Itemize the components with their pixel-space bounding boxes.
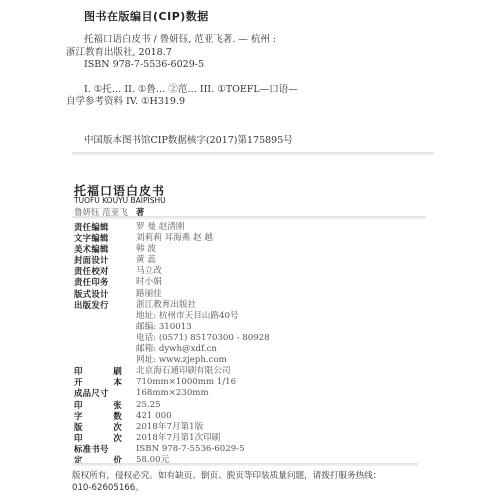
credit-value: 路丽佳 (136, 289, 162, 300)
credit-value: 时小娟 (136, 277, 162, 288)
cip-block: 托福口语白皮书 / 鲁妍钰, 范亚飞著. — 杭州 : 浙江教育出版社, 201… (66, 34, 446, 109)
credit-value: 马立改 (136, 266, 162, 277)
copyright-line: 版权所有，侵权必究。如有缺页、倒页、脱页等印装质量问题，请拨打服务热线： (72, 470, 381, 482)
credit-label: 责任校对 (74, 266, 122, 277)
credit-row: 责任印务时小娟 (74, 277, 270, 288)
divider (72, 463, 418, 466)
spec-row-sheets: 印张25.25 (74, 400, 270, 411)
publisher-email: 邮箱: dywh@xdf.cn (74, 344, 270, 355)
credit-row: 封面设计黄 蕊 (74, 255, 270, 266)
spec-row-wordcount: 字数421 000 (74, 411, 270, 422)
book-pinyin: TUOFU KOUYU BAIPISHU (74, 196, 166, 205)
spec-row-printing: 印次2018年7月第1次印刷 (74, 433, 270, 444)
cip-line: 浙江教育出版社, 2018.7 (66, 47, 446, 60)
publisher-postcode: 邮编: 310013 (74, 322, 270, 333)
cip-header: 图书在版编目(CIP)数据 (84, 8, 209, 24)
cip-line: I. ①托… II. ①鲁… ②范… III. ①TOEFL—口语— (66, 84, 446, 97)
publisher-phone: 电话: (0571) 85170300 - 80928 (74, 333, 270, 344)
spec-row-edition: 版次2018年7月第1版 (74, 422, 270, 433)
publisher-website: 网址: www.zjeph.com (74, 355, 270, 366)
divider (72, 152, 434, 155)
divider (72, 216, 426, 219)
spec-row-format: 开本710mm×1000mm 1/16 (74, 377, 270, 388)
credit-value: 黄 蕊 (136, 255, 156, 266)
credit-row: 责任编辑罗 曼 赵清刚 (74, 222, 270, 233)
cip-line: 自学参考资料 IV. ①H319.9 (66, 96, 446, 109)
spec-row-size: 成品尺寸168mm×230mm (74, 388, 270, 399)
credit-label: 版式设计 (74, 289, 122, 300)
copyright-notice: 版权所有，侵权必究。如有缺页、倒页、脱页等印装质量问题，请拨打服务热线： 010… (72, 470, 381, 494)
credit-value: 韩 波 (136, 244, 156, 255)
cip-catalog-number: 中国版本图书馆CIP数据核字(2017)第175895号 (84, 132, 293, 146)
credit-row: 责任校对马立改 (74, 266, 270, 277)
credit-row: 美术编辑韩 波 (74, 244, 270, 255)
cip-line: ISBN 978-7-5536-6029-5 (66, 59, 446, 72)
credits-list: 责任编辑罗 曼 赵清刚 文字编辑刘莉莉 耳海燕 赵 越 美术编辑韩 波 封面设计… (74, 222, 270, 466)
spec-row-printer: 印刷北京海石通印刷有限公司 (74, 366, 270, 377)
credit-label: 责任印务 (74, 277, 122, 288)
service-hotline: 010-62605166。 (72, 482, 381, 494)
credit-label: 责任编辑 (74, 222, 122, 233)
credit-value: 刘莉莉 耳海燕 赵 越 (136, 233, 213, 244)
cip-line: 托福口语白皮书 / 鲁妍钰, 范亚飞著. — 杭州 : (66, 34, 446, 47)
credit-row: 版式设计路丽佳 (74, 289, 270, 300)
credit-label: 美术编辑 (74, 244, 122, 255)
spec-row-isbn: 标准书号ISBN 978-7-5536-6029-5 (74, 444, 270, 455)
credit-value: 罗 曼 赵清刚 (136, 222, 184, 233)
credit-label: 文字编辑 (74, 233, 122, 244)
publisher-address: 地址: 杭州市天目山路40号 (74, 311, 270, 322)
credit-label: 出版发行 (74, 300, 122, 311)
credit-row: 出版发行浙江教育出版社 (74, 300, 270, 311)
credit-row: 文字编辑刘莉莉 耳海燕 赵 越 (74, 233, 270, 244)
credit-value: 浙江教育出版社 (136, 300, 196, 311)
credit-label: 封面设计 (74, 255, 122, 266)
